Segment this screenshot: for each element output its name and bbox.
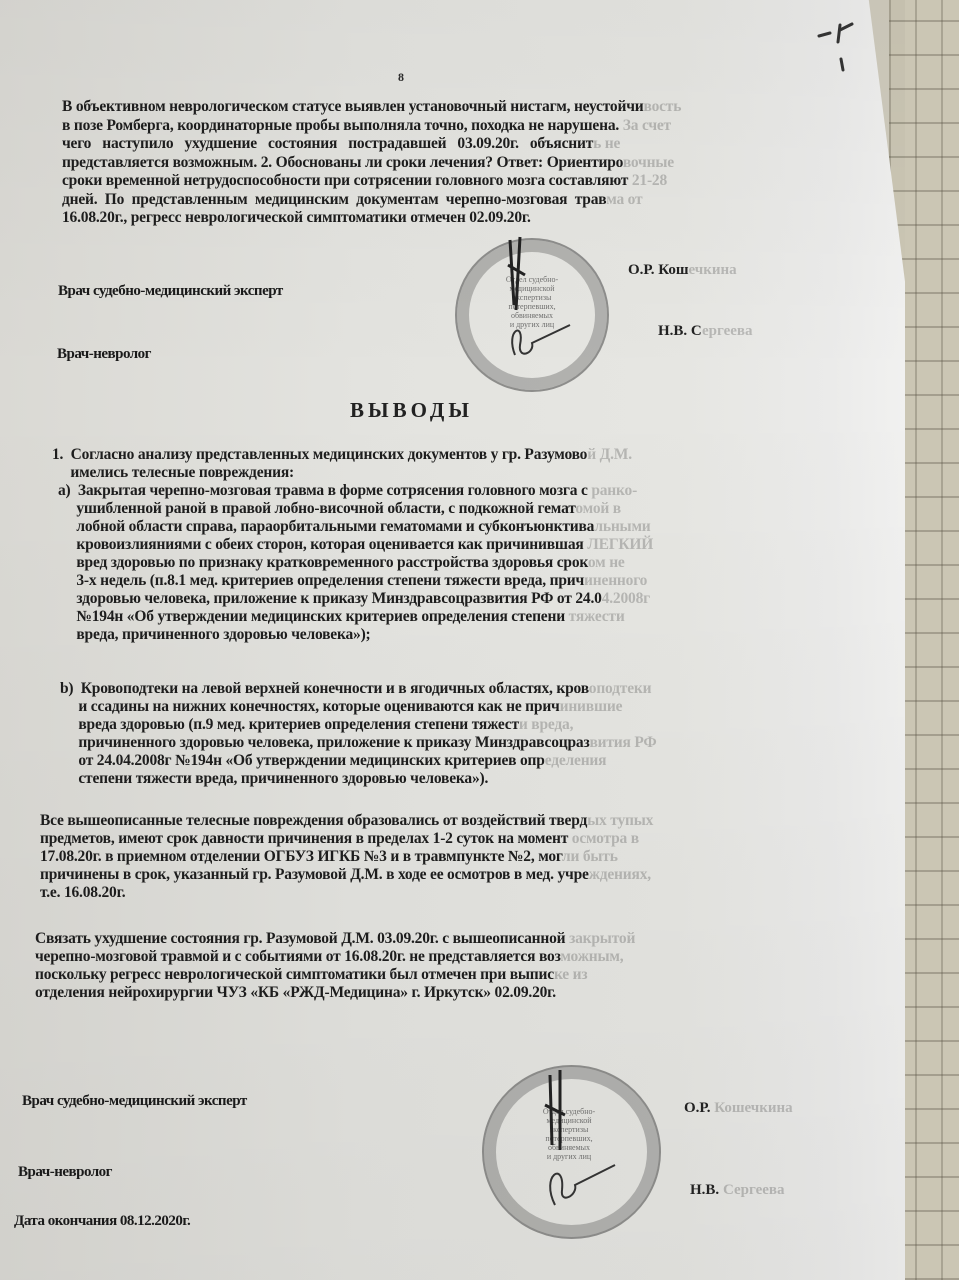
text-line: т.е. 16.08.20г. [40,884,653,902]
text-line: черепно-мозговой травмой и с событиями о… [35,948,635,966]
expert-role-top: Врач судебно-медицинский эксперт [58,283,283,300]
text-line: кровоизлияниями с обеих сторон, которая … [58,536,653,554]
text-line: вред здоровью по признаку кратковременно… [58,554,653,572]
conclusion-item-b: b) Кровоподтеки на левой верхней конечно… [60,680,657,788]
text-line: сроки временной нетрудоспособности при с… [62,172,681,191]
text-line: Все вышеописанные телесные повреждения о… [40,812,653,830]
end-date: Дата окончания 08.12.2020г. [14,1213,190,1230]
conclusion-item-a: a) Закрытая черепно-мозговая травма в фо… [58,482,653,644]
text-line: и ссадины на нижних конечностях, которые… [60,698,657,716]
signature-top [480,235,600,375]
neurologist-role-bottom: Врач-невролог [18,1164,112,1181]
conclusion-item-1: 1. Согласно анализу представленных медиц… [52,446,632,482]
text-line: ушибленной раной в правой лобно-височной… [58,500,653,518]
text-line: имелись телесные повреждения: [52,464,632,482]
neurologist-name-top: Н.В. Сергеева [658,323,752,340]
expert-name-bottom: О.Р. Кошечкина [684,1100,793,1117]
text-line: 16.08.20г., регресс неврологической симп… [62,209,681,228]
text-line: вреда здоровью (п.9 мед. критериев опред… [60,716,657,734]
neurologist-name-bottom: Н.В. Сергеева [690,1182,784,1199]
text-line: Связать ухудшение состояния гр. Разумово… [35,930,635,948]
expert-role-bottom: Врач судебно-медицинский эксперт [22,1093,247,1110]
text-line: отделения нейрохирургии ЧУЗ «КБ «РЖД-Мед… [35,984,635,1002]
text-line: a) Закрытая черепно-мозговая травма в фо… [58,482,653,500]
expert-name-top: О.Р. Кошечкина [628,262,737,279]
text-line: предметов, имеют срок давности причинени… [40,830,653,848]
page-number: 8 [398,70,404,85]
intro-paragraph: В объективном неврологическом статусе вы… [62,98,681,228]
injuries-origin-paragraph: Все вышеописанные телесные повреждения о… [40,812,653,902]
neurologist-role-top: Врач-невролог [57,346,151,363]
text-line: №194н «Об утверждении медицинских критер… [58,608,653,626]
handwritten-mark-icon [814,14,864,74]
signature-bottom [520,1065,640,1215]
text-line: в позе Ромберга, координаторные пробы вы… [62,117,681,136]
text-line: вреда, причиненного здоровью человека»); [58,626,653,644]
text-line: степени тяжести вреда, причиненного здор… [60,770,657,788]
text-line: 1. Согласно анализу представленных медиц… [52,446,632,464]
text-line: лобной области справа, параорбитальными … [58,518,653,536]
text-line: представляется возможным. 2. Обоснованы … [62,154,681,173]
text-line: b) Кровоподтеки на левой верхней конечно… [60,680,657,698]
text-line: чего наступило ухудшение состояния постр… [62,135,681,154]
text-line: 17.08.20г. в приемном отделении ОГБУЗ ИГ… [40,848,653,866]
text-line: дней. По представленным медицинским доку… [62,191,681,210]
condition-link-paragraph: Связать ухудшение состояния гр. Разумово… [35,930,635,1002]
text-line: причинены в срок, указанный гр. Разумово… [40,866,653,884]
text-line: причиненного здоровью человека, приложен… [60,734,657,752]
conclusions-heading: ВЫВОДЫ [350,398,473,423]
text-line: 3-х недель (п.8.1 мед. критериев определ… [58,572,653,590]
text-line: здоровью человека, приложение к приказу … [58,590,653,608]
text-line: от 24.04.2008г №194н «Об утверждении мед… [60,752,657,770]
text-line: В объективном неврологическом статусе вы… [62,98,681,117]
text-line: поскольку регресс неврологической симпто… [35,966,635,984]
